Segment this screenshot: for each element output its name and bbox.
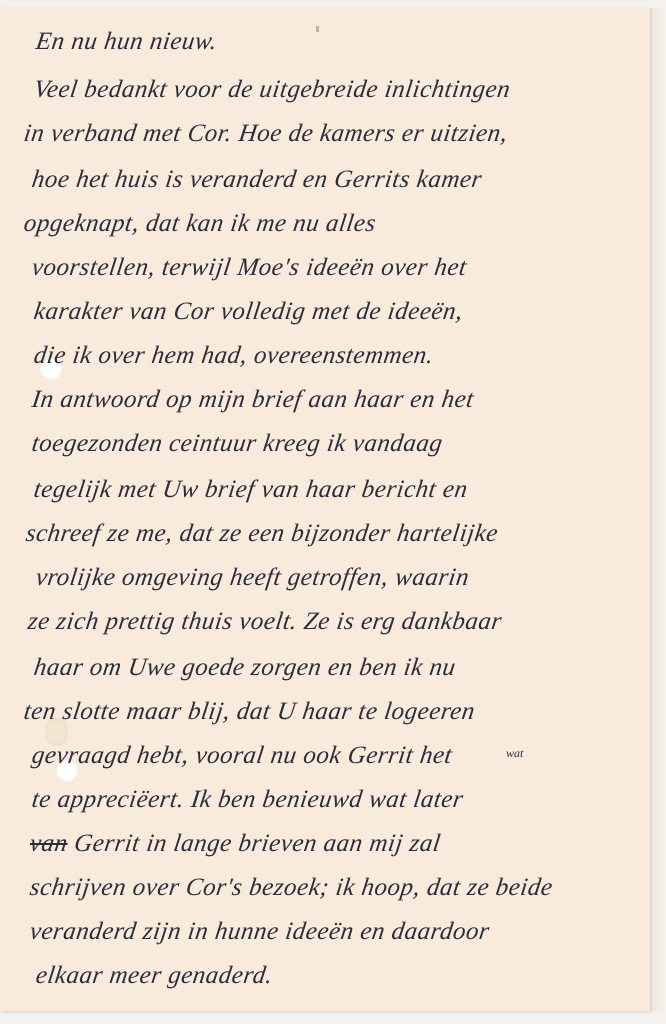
paper-speck — [316, 26, 319, 32]
handwritten-line: ze zich prettig thuis voelt. Ze is erg d… — [26, 608, 504, 636]
handwritten-line: En nu hun nieuw. — [34, 28, 219, 56]
handwritten-line: haar om Uwe goede zorgen en ben ik nu — [32, 654, 458, 682]
handwritten-line: schrijven over Cor's bezoek; ik hoop, da… — [28, 874, 555, 902]
handwritten-line: ten slotte maar blij, dat U haar te loge… — [22, 698, 477, 726]
struck-word: van — [28, 830, 69, 857]
handwritten-line: voorstellen, terwijl Moe's ideeën over h… — [30, 254, 468, 282]
handwritten-line: tegelijk met Uw brief van haar bericht e… — [32, 476, 470, 504]
handwritten-line: hoe het huis is veranderd en Gerrits kam… — [30, 166, 484, 194]
handwritten-line: veranderd zijn in hunne ideeën en daardo… — [28, 918, 491, 946]
handwritten-line: karakter van Cor volledig met de ideeën, — [32, 298, 465, 326]
handwritten-line: vrolijke omgeving heeft getroffen, waari… — [34, 564, 471, 592]
handwritten-line: Veel bedankt voor de uitgebreide inlicht… — [32, 76, 512, 104]
handwritten-line: toegezonden ceintuur kreeg ik vandaag — [30, 430, 444, 458]
handwritten-line: gevraagd hebt, vooral nu ook Gerrit het — [30, 742, 454, 770]
handwritten-line: schreef ze me, dat ze een bijzonder hart… — [24, 520, 500, 548]
page-edge — [650, 8, 666, 1011]
inserted-word: wat — [506, 746, 523, 761]
handwritten-line: in verband met Cor. Hoe de kamers er uit… — [22, 120, 509, 148]
handwritten-line: te appreciëert. Ik ben benieuwd wat late… — [30, 786, 465, 814]
letter-page — [0, 8, 650, 1011]
handwritten-line: die ik over hem had, overeenstemmen. — [32, 342, 436, 370]
handwritten-line: opgeknapt, dat kan ik me nu alles — [22, 210, 378, 238]
handwritten-line: elkaar meer genaderd. — [34, 962, 275, 990]
handwritten-line: In antwoord op mijn brief aan haar en he… — [30, 386, 476, 414]
handwritten-line: van Gerrit in lange brieven aan mij zal — [28, 830, 442, 858]
